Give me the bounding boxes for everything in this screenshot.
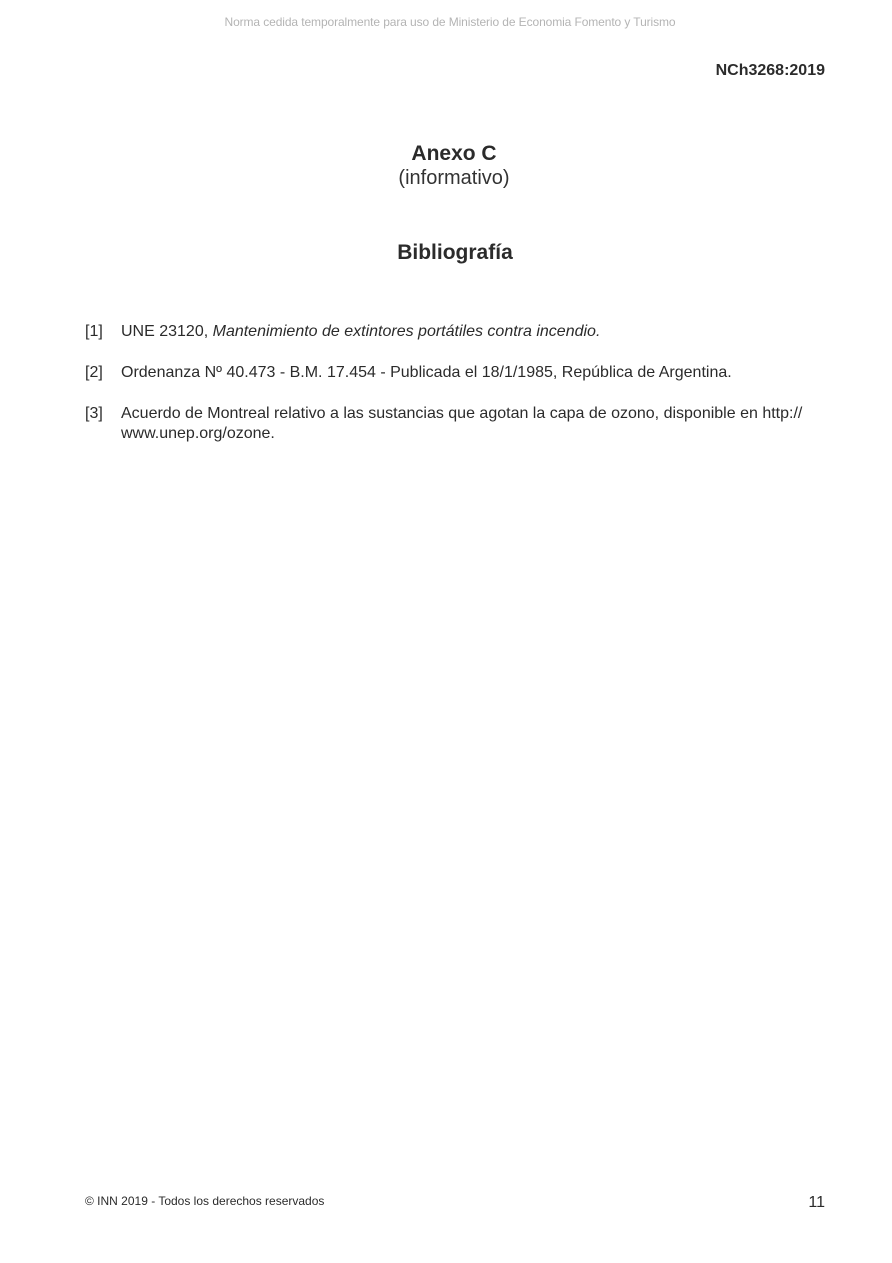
entry-text: UNE 23120, Mantenimiento de extintores p… <box>121 322 830 342</box>
entry-title: Mantenimiento de extintores portátiles c… <box>213 323 601 340</box>
bibliography-entry: [3] Acuerdo de Montreal relativo a las s… <box>85 404 830 444</box>
entry-number: [1] <box>85 322 121 342</box>
annex-heading: Anexo C (informativo) <box>0 141 892 191</box>
bibliography-entry: [1] UNE 23120, Mantenimiento de extintor… <box>85 322 830 342</box>
document-code: NCh3268:2019 <box>716 62 825 80</box>
watermark-notice: Norma cedida temporalmente para uso de M… <box>0 15 892 29</box>
page-number: 11 <box>808 1194 825 1212</box>
annex-title: Anexo C <box>0 141 892 166</box>
entry-text: Ordenanza Nº 40.473 - B.M. 17.454 - Publ… <box>121 363 830 383</box>
entry-number: [3] <box>85 404 121 444</box>
footer-copyright: © INN 2019 - Todos los derechos reservad… <box>85 1194 324 1208</box>
entry-reference: UNE 23120, <box>121 323 213 340</box>
annex-subtitle: (informativo) <box>0 166 892 191</box>
entry-text: Acuerdo de Montreal relativo a las susta… <box>121 404 830 444</box>
bibliography-entry: [2] Ordenanza Nº 40.473 - B.M. 17.454 - … <box>85 363 830 383</box>
bibliography-list: [1] UNE 23120, Mantenimiento de extintor… <box>85 322 830 465</box>
entry-number: [2] <box>85 363 121 383</box>
section-title: Bibliografía <box>0 241 892 265</box>
